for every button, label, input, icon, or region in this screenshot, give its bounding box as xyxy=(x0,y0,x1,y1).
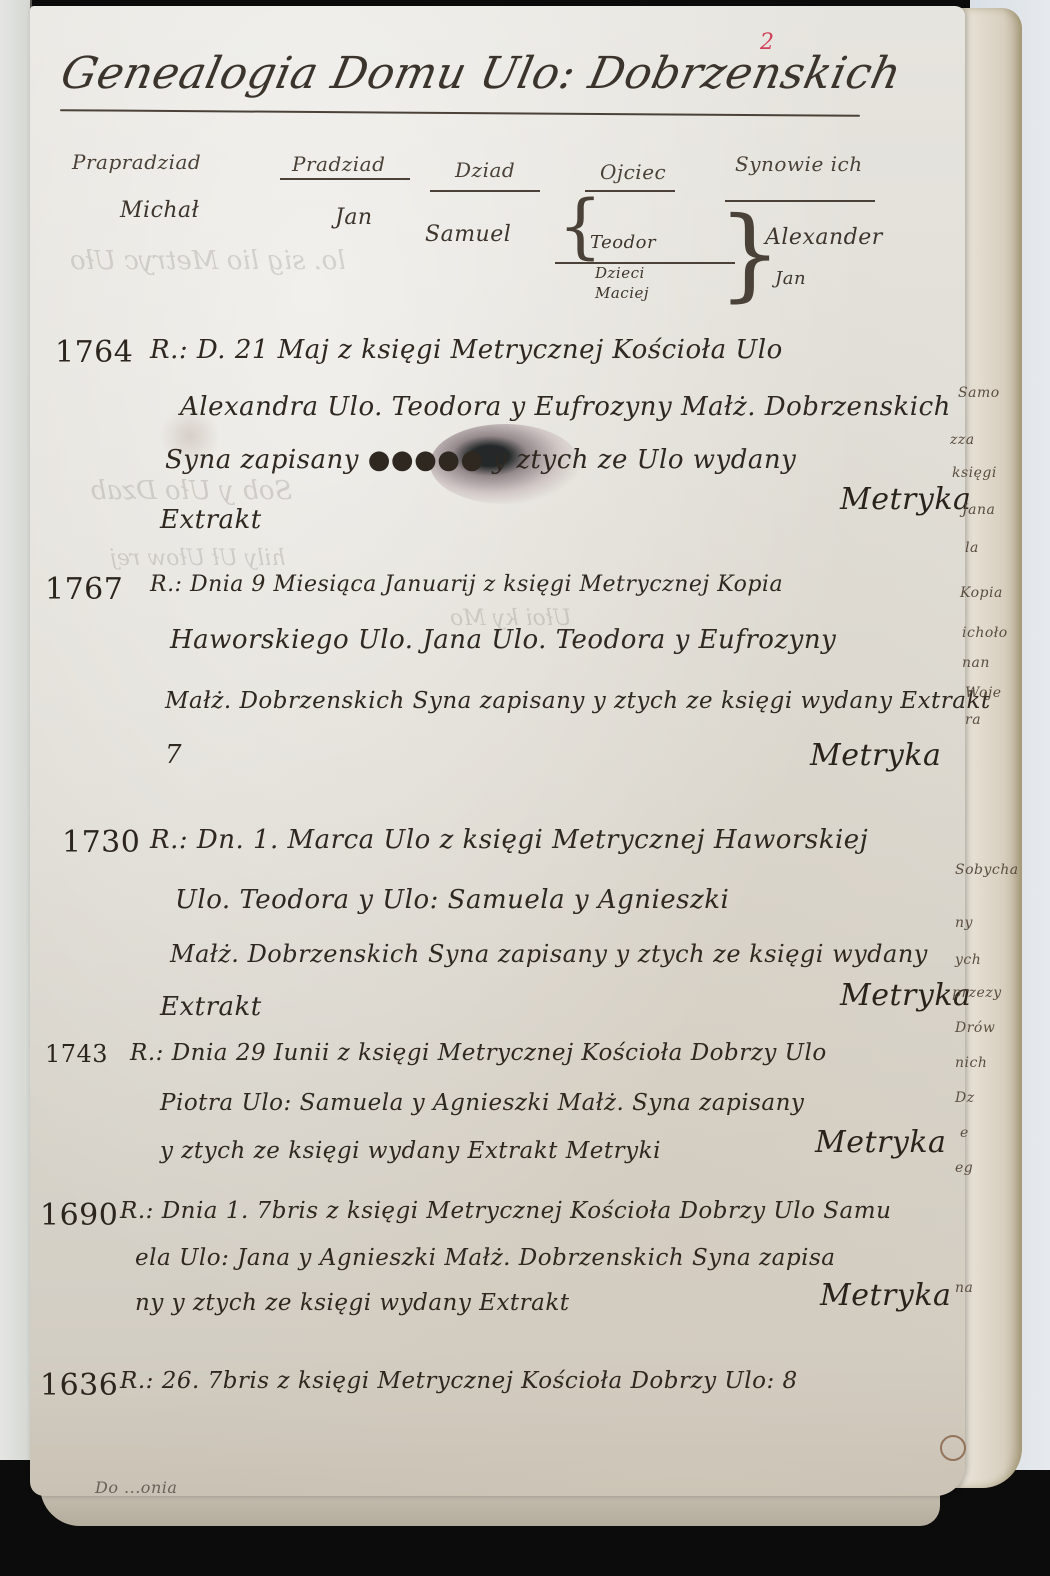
entry-year: 1743 xyxy=(45,1040,108,1068)
margin-note: Dz xyxy=(955,1090,975,1106)
bleed-through-text: Sob y Uło Dzab xyxy=(90,476,292,506)
bleed-through-text: hily Uł Ułow rej xyxy=(110,546,285,571)
entry-text-line: Piotra Ulo: Samuela y Agnieszki Małż. Sy… xyxy=(160,1090,804,1116)
generation-header-pradziad: Pradziad xyxy=(292,152,385,176)
binding-spine xyxy=(0,0,32,1460)
generation-header-synowie: Synowie ich xyxy=(735,152,863,176)
margin-note: nan xyxy=(962,655,990,671)
margin-note: Drów xyxy=(955,1020,995,1036)
entry-year: 1767 xyxy=(45,572,123,607)
ancestor-teodor: Teodor xyxy=(590,232,656,253)
margin-note: przezy xyxy=(952,985,1002,1001)
margin-note: eg xyxy=(955,1160,973,1176)
entry-year: 1764 xyxy=(55,335,133,370)
bracket-brace: } xyxy=(718,195,782,312)
page-title: Genealogia Domu Ulo: Dobrzenskich xyxy=(57,48,906,99)
divider-line xyxy=(555,262,735,264)
entry-text-line: Małż. Dobrzenskich Syna zapisany y ztych… xyxy=(165,688,991,714)
generation-header-dziad: Dziad xyxy=(455,158,515,182)
signature: Metryka xyxy=(815,1125,946,1160)
entry-text-line: Małż. Dobrzenskich Syna zapisany y ztych… xyxy=(170,940,928,968)
signature: Metryka xyxy=(810,738,941,773)
entry-text-line: 7 xyxy=(165,740,182,770)
header-underline xyxy=(430,190,540,192)
entry-text-line: R.: Dnia 9 Miesiąca Januarij z księgi Me… xyxy=(150,572,783,597)
entry-text-line: ela Ulo: Jana y Agnieszki Małż. Dobrzens… xyxy=(135,1245,835,1271)
margin-note: la xyxy=(965,540,979,556)
son-alexander: Alexander xyxy=(765,225,883,250)
margin-note: ichoło xyxy=(962,625,1008,641)
entry-text-line: Ulo. Teodora y Ulo: Samuela y Agnieszki xyxy=(175,885,729,915)
entry-text-line: R.: Dn. 1. Marca Ulo z księgi Metrycznej… xyxy=(150,825,868,855)
entry-text-line: R.: 26. 7bris z księgi Metrycznej Kościo… xyxy=(120,1368,798,1394)
corner-ink-mark xyxy=(940,1435,966,1461)
sibling-name: Maciej xyxy=(595,284,649,302)
bleed-through-text: lo. sig lio Metryc Uło xyxy=(70,246,346,276)
son-jan: Jan xyxy=(775,268,806,289)
faint-bottom-text: Do ...onia xyxy=(95,1478,177,1497)
entry-text-line: R.: D. 21 Maj z księgi Metrycznej Kościo… xyxy=(150,335,783,365)
generation-header-ojciec: Ojciec xyxy=(600,160,666,184)
margin-note: Kopia xyxy=(960,585,1003,601)
margin-note: e xyxy=(960,1125,969,1141)
ancestor-michal: Michał xyxy=(120,198,199,223)
margin-note: Samo xyxy=(958,385,1000,401)
generation-header-prapradziad: Prapradziad xyxy=(72,150,201,174)
entry-text-line: Extrakt xyxy=(160,992,262,1022)
signature: Metryka xyxy=(820,1278,951,1313)
ancestor-jan: Jan xyxy=(335,205,373,230)
entry-text-line: ny y ztych ze księgi wydany Extrakt xyxy=(135,1290,570,1316)
margin-note: ych xyxy=(955,952,981,968)
entry-text-line: Haworskiego Ulo. Jana Ulo. Teodora y Euf… xyxy=(170,625,836,655)
entry-text-line: Extrakt xyxy=(160,505,262,535)
entry-text-line: R.: Dnia 1. 7bris z księgi Metrycznej Ko… xyxy=(120,1198,891,1224)
margin-note: ny xyxy=(955,915,973,931)
margin-note: księgi xyxy=(952,465,997,481)
header-underline xyxy=(280,178,410,180)
margin-note: nich xyxy=(955,1055,987,1071)
bracket-brace: { xyxy=(558,185,603,267)
entry-year: 1636 xyxy=(40,1368,118,1403)
margin-note: Jana xyxy=(962,502,995,518)
margin-note: ra xyxy=(965,712,981,728)
entry-text-line: y ztych ze księgi wydany Extrakt Metryki xyxy=(160,1138,661,1164)
sibling-name: Dzieci xyxy=(595,264,645,282)
ancestor-samuel: Samuel xyxy=(425,222,511,247)
margin-note: zza xyxy=(950,432,975,448)
margin-note: na xyxy=(955,1280,973,1296)
entry-year: 1690 xyxy=(40,1198,118,1233)
margin-note: Sobycha xyxy=(955,862,1019,878)
entry-year: 1730 xyxy=(62,825,140,860)
entry-text-line: Syna zapisany ●●●●● y ztych ze Ulo wydan… xyxy=(165,445,796,475)
margin-note: Woje xyxy=(965,685,1002,701)
entry-text-line: Alexandra Ulo. Teodora y Eufrozyny Małż.… xyxy=(180,392,951,422)
entry-text-line: R.: Dnia 29 Iunii z księgi Metrycznej Ko… xyxy=(130,1040,827,1066)
signature: Metryka xyxy=(840,482,971,517)
